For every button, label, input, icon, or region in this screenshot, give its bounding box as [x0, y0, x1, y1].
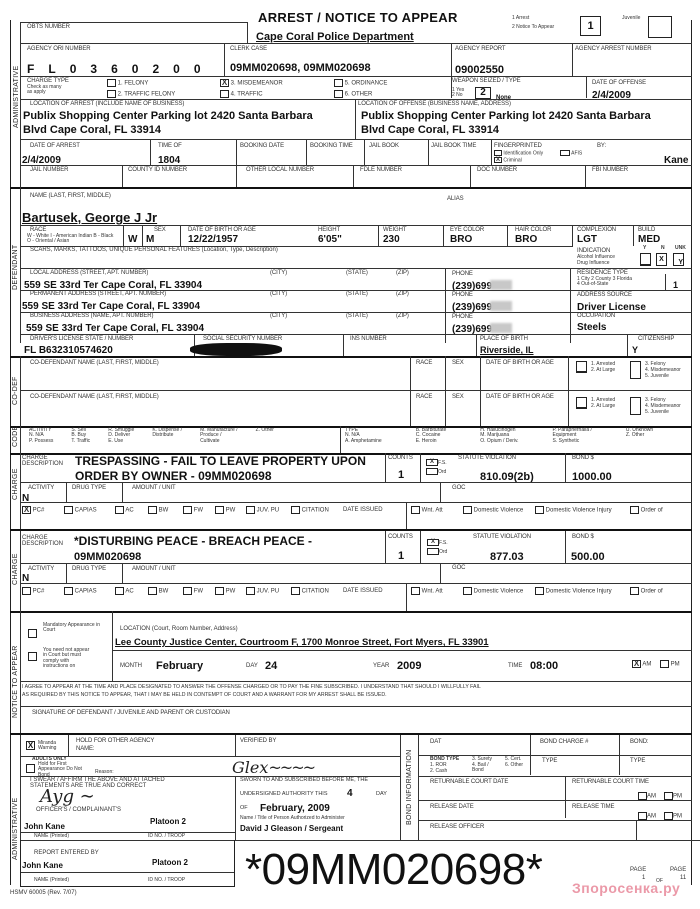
- bond-type-type-label: TYPE: [542, 758, 557, 764]
- bus-zip-label: (Zip): [396, 313, 409, 319]
- ret-court-date-label: RETURNABLE COURT DATE: [430, 779, 508, 785]
- agency-report-value[interactable]: 09002550: [455, 64, 504, 76]
- side-label-charge-1: CHARGE: [12, 468, 19, 500]
- charge1-box-order-of[interactable]: Order of: [630, 506, 663, 514]
- sworn-month[interactable]: February, 2009: [260, 803, 330, 814]
- side-label-administrative: ADMINISTRATIVE: [13, 66, 20, 128]
- pob-value[interactable]: Riverside, IL: [480, 346, 534, 356]
- hair-label: HAIR COLOR: [515, 227, 551, 233]
- charge2-desc-line1[interactable]: *DISTURBING PEACE - BREACH PEACE -: [74, 535, 312, 548]
- charge1-box-pw[interactable]: PW: [215, 506, 235, 514]
- location-offense-line1[interactable]: Publix Shopping Center Parking lot 2420 …: [361, 110, 651, 122]
- charge2-statute-label: STATUTE VIOLATION: [473, 534, 531, 540]
- location-court-value[interactable]: Lee County Justice Center, Courtroom F, …: [115, 638, 489, 648]
- day-value[interactable]: 24: [265, 660, 277, 672]
- scars-label: SCARS, MARKS, TATTOOS, UNIQUE PERSONAL F…: [30, 247, 278, 253]
- weapon-field[interactable]: 2: [475, 87, 491, 99]
- officer-name[interactable]: John Kane: [24, 823, 65, 832]
- charge-type-other[interactable]: 6. OTHER: [334, 90, 372, 98]
- side-label-bond-info: BOND INFORMATION: [406, 750, 413, 825]
- am-option[interactable]: X AM: [632, 660, 651, 668]
- charge2-box-wnt-att[interactable]: Wnt. Att: [411, 587, 443, 595]
- mandatory-appearance-label: Mandatory Appearance in Court: [43, 623, 105, 634]
- obts-label: OBTS NUMBER: [27, 24, 70, 30]
- defendant-name[interactable]: Bartusek, George J Jr: [22, 210, 157, 225]
- time-of-label: TIME OF: [158, 143, 182, 149]
- name-label: NAME (Last, First, Middle): [30, 193, 111, 199]
- charge2-box-capias[interactable]: CAPIAS: [64, 587, 97, 595]
- date-arrest-label: DATE OF ARREST: [30, 143, 80, 149]
- occupation-label: OCCUPATION: [577, 313, 615, 319]
- phone1-label: PHONE: [452, 271, 473, 277]
- fbi-label: FBI NUMBER: [592, 167, 628, 173]
- charge-type-traffic[interactable]: 4. TRAFFIC: [220, 90, 263, 98]
- sworn-day[interactable]: 4: [347, 788, 353, 799]
- address-source-label: ADDRESS SOURCE: [577, 292, 632, 298]
- charge1-activity-label: ACTIVITY: [28, 485, 54, 491]
- clerk-case-label: CLERK CASE: [230, 46, 267, 52]
- officer-troop[interactable]: Platoon 2: [150, 818, 186, 827]
- charge2-counts-value[interactable]: 1: [398, 550, 404, 562]
- pm-option[interactable]: PM: [660, 660, 680, 668]
- residence-legend: 1 City 2 County 3 Florida 4 Out-of-State: [577, 277, 633, 288]
- codef1-at-large: 2. At Large: [591, 368, 615, 373]
- permanent-address-label: PERMANENT ADDRESS (Street, Apt. Number): [30, 291, 166, 297]
- ret-court-am[interactable]: AM: [638, 792, 656, 800]
- year-label: YEAR: [373, 663, 389, 669]
- charge2-statute-value[interactable]: 877.03: [490, 551, 524, 563]
- charge2-fs-option[interactable]: XF.S.: [427, 539, 448, 546]
- side-label-charge-2: CHARGE: [12, 553, 19, 585]
- business-address-value[interactable]: 559 SE 33rd Ter Cape Coral, FL 33904: [26, 323, 204, 334]
- ret-court-time-label: RETURNABLE COURT TIME: [572, 779, 649, 785]
- bond-type-opt-4: 4. Bail / Bond: [472, 763, 494, 774]
- side-label-notice: NOTICE TO APPEAR: [12, 645, 19, 718]
- page-label-1: PAGE: [630, 867, 646, 873]
- charge2-box-dv[interactable]: Domestic Violence: [463, 587, 523, 595]
- permanent-address-value[interactable]: 559 SE 33rd Ter Cape Coral, FL 33904: [22, 301, 200, 312]
- charge1-box-capias[interactable]: CAPIAS: [64, 506, 97, 514]
- day-label: DAY: [246, 663, 258, 669]
- doc-label: DOC NUMBER: [477, 167, 517, 173]
- charge1-box-fw[interactable]: FW: [183, 506, 203, 514]
- weight-value[interactable]: 230: [383, 234, 400, 245]
- codef2-status-b-box[interactable]: [630, 397, 641, 415]
- perm-state-label: (State): [346, 291, 368, 297]
- bond-label: BOND:: [630, 739, 649, 745]
- officer-name-printed-label: NAME (Printed): [34, 834, 69, 839]
- mandatory-appearance-checkbox[interactable]: [28, 629, 37, 638]
- release-time-label: RELEASE TIME: [572, 804, 614, 810]
- bond-type-opt-6: 6. Other: [505, 763, 523, 768]
- fp-identification-option[interactable]: Identification Only: [494, 150, 543, 157]
- charge2-amount-label: AMOUNT / UNIT: [132, 566, 176, 572]
- perm-zip-label: (Zip): [396, 291, 409, 297]
- agency-ori-value[interactable]: FL0360200: [27, 62, 201, 76]
- need-not-appear-label: You need not appear in Court but must co…: [43, 648, 93, 669]
- verified-signature: Glex~~~~: [232, 758, 314, 777]
- release-am[interactable]: AM: [638, 812, 656, 820]
- location-arrest-label: LOCATION OF ARREST (include Name of Busi…: [30, 101, 184, 107]
- ins-label: INS NUMBER: [350, 336, 387, 342]
- dob-value[interactable]: 12/22/1957: [188, 234, 238, 245]
- citizenship-label: CITIZENSHIP: [638, 336, 674, 342]
- juvenile-field[interactable]: [648, 16, 672, 38]
- weapon-options: 1 Yes 2 No: [452, 88, 466, 99]
- verified-by-label: VERIFIED BY: [240, 738, 276, 744]
- codef1-status-b-box[interactable]: [630, 361, 641, 379]
- form-title: ARREST / NOTICE TO APPEAR: [258, 10, 458, 25]
- signature-label: SIGNATURE OF DEFENDANT / JUVENILE AND PA…: [32, 710, 230, 716]
- year-value[interactable]: 2009: [397, 660, 421, 672]
- charge-type-sub: Check as many as apply: [27, 85, 67, 96]
- side-label-defendant: DEFENDANT: [12, 245, 19, 290]
- charge-type-misdemeanor[interactable]: X 3. MISDEMEANOR: [220, 79, 283, 87]
- charge1-box-ac[interactable]: AC: [115, 506, 134, 514]
- charge2-date-issued-label: DATE ISSUED: [343, 588, 383, 594]
- eye-value[interactable]: BRO: [450, 234, 472, 245]
- charge1-counts-label: COUNTS: [388, 455, 413, 461]
- miranda-checkbox[interactable]: X: [26, 741, 35, 750]
- hold-agency-label: HOLD FOR OTHER AGENCY: [76, 738, 154, 744]
- charge1-box-dv[interactable]: Domestic Violence: [463, 506, 523, 514]
- charge2-bond-label: BOND $: [572, 534, 594, 540]
- codef2-dob-label: DATE OF BIRTH OR AGE: [486, 394, 554, 400]
- location-offense-label: LOCATION OF OFFENSE (Business Name, Addr…: [358, 101, 511, 107]
- charge1-box-pc[interactable]: X PC#: [22, 506, 44, 514]
- location-arrest-line1[interactable]: Publix Shopping Center Parking lot 2420 …: [23, 110, 313, 122]
- clerk-case-value[interactable]: 09MM020698, 09MM020698: [230, 62, 371, 74]
- local-address-label: LOCAL ADDRESS (Street, Apt. Number): [30, 270, 148, 276]
- booking-time-label: BOOKING TIME: [310, 143, 353, 149]
- charge2-desc-line2[interactable]: 09MM020698: [74, 551, 141, 563]
- sex-label: SEX: [154, 227, 166, 233]
- month-value[interactable]: February: [156, 660, 203, 672]
- weight-label: WEIGHT: [383, 227, 406, 233]
- bus-city-label: (City): [270, 313, 287, 319]
- charge2-bond-value[interactable]: 500.00: [571, 551, 605, 563]
- charge2-box-ac[interactable]: AC: [115, 587, 134, 595]
- arrest-type-option-1: 1 Arrest: [512, 16, 529, 21]
- defendant-signature-field[interactable]: [30, 718, 680, 732]
- charge1-ord-option[interactable]: Ord: [426, 468, 446, 475]
- height-value[interactable]: 6'05": [318, 234, 342, 245]
- eye-label: EYE COLOR: [450, 227, 484, 233]
- reason-label: Reason:: [95, 770, 114, 775]
- charge1-box-dv-injury[interactable]: Domestic Violence Injury: [535, 506, 612, 514]
- hold-name-label: NAME:: [76, 746, 95, 752]
- date-offense-label: DATE OF OFFENSE: [592, 80, 646, 86]
- officer-signature: Ayg ∼: [40, 786, 95, 807]
- need-not-appear-checkbox[interactable]: [28, 652, 37, 661]
- side-label-code: CODE: [12, 426, 19, 447]
- charge1-desc-label: CHARGE DESCRIPTION: [22, 455, 56, 468]
- charge2-desc-label: CHARGE DESCRIPTION: [22, 535, 56, 548]
- codef2-at-large: 2. At Large: [591, 404, 615, 409]
- indication-unk-box[interactable]: Y: [673, 253, 684, 266]
- phone2-label: PHONE: [452, 292, 473, 298]
- bond-date-label: DAT: [430, 739, 441, 745]
- perm-city-label: (City): [270, 291, 287, 297]
- codef2-juvenile: 5. Juvenile: [645, 410, 669, 415]
- charge2-box-order-of[interactable]: Order of: [630, 587, 663, 595]
- build-value[interactable]: MED: [638, 234, 660, 245]
- local-state-label: (State): [346, 270, 368, 276]
- charge2-goc-label: GOC: [452, 565, 465, 571]
- officer-complainant-label: OFFICER'S / COMPLAINANT'S: [36, 807, 121, 813]
- charge2-box-citation[interactable]: CITATION: [291, 587, 329, 595]
- charge1-box-wnt-att[interactable]: Wnt. Att: [411, 506, 443, 514]
- form-number: HSMV 60005 (Rev. 7/07): [10, 890, 77, 896]
- county-id-label: COUNTY ID NUMBER: [128, 167, 187, 173]
- jail-number-label: JAIL NUMBER: [30, 167, 68, 173]
- charge-type-ordinance[interactable]: 5. ORDINANCE: [334, 79, 387, 87]
- phone3-label: PHONE: [452, 314, 473, 320]
- bond-type2-label: TYPE: [630, 758, 645, 764]
- code-activity-legend: ACTIVITYN. N/AP. Possess S. SellB. BuyT.…: [29, 428, 274, 444]
- charge-type-traffic-felony[interactable]: 2. TRAFFIC FELONY: [107, 90, 175, 98]
- admin-name[interactable]: David J Gleason / Sergeant: [240, 825, 343, 834]
- agency-arrest-label: AGENCY ARREST NUMBER: [575, 46, 651, 52]
- charge2-box-pw[interactable]: PW: [215, 587, 235, 595]
- indication-y: Y: [643, 246, 646, 251]
- agency-ori-label: AGENCY ORI NUMBER: [27, 46, 91, 52]
- charge1-statute-label: STATUTE VIOLATION: [458, 455, 516, 461]
- sworn-of-label: OF: [240, 806, 248, 812]
- occupation-value[interactable]: Steels: [577, 322, 606, 333]
- ret-court-pm[interactable]: PM: [664, 792, 682, 800]
- weapon-label: WEAPON SEIZED / TYPE: [452, 78, 521, 84]
- bus-state-label: (State): [346, 313, 368, 319]
- month-label: MONTH: [120, 663, 142, 669]
- release-pm[interactable]: PM: [664, 812, 682, 820]
- fp-by-label: BY:: [597, 143, 606, 149]
- indication-y-box[interactable]: [640, 253, 651, 266]
- codef2-name-label: CO-DEFENDANT NAME (Last, First, Middle): [30, 394, 159, 400]
- codef1-dob-label: DATE OF BIRTH OR AGE: [486, 360, 554, 366]
- page-label-2: PAGE: [670, 867, 686, 873]
- charge1-fs-option[interactable]: XF.S.: [426, 459, 447, 466]
- codef2-status-a-box[interactable]: [576, 397, 587, 409]
- charge2-box-dv-injury[interactable]: Domestic Violence Injury: [535, 587, 612, 595]
- charge1-desc-line1[interactable]: TRESPASSING - FAIL TO LEAVE PROPERTY UPO…: [75, 455, 366, 468]
- sex-value[interactable]: M: [146, 234, 154, 245]
- bond-type-opt-2: 2. Cash: [430, 769, 447, 774]
- local-zip-label: (Zip): [396, 270, 409, 276]
- charge2-activity-label: ACTIVITY: [28, 566, 54, 572]
- charge2-drug-type-label: DRUG TYPE: [72, 566, 106, 572]
- agency-report-label: AGENCY REPORT: [455, 46, 506, 52]
- dl-value[interactable]: FL B632310574620: [24, 345, 113, 356]
- dl-label: DRIVER'S LICENSE STATE / NUMBER: [30, 336, 133, 342]
- indication-n: N: [661, 246, 665, 251]
- sworn-day-label: DAY: [376, 792, 387, 798]
- charge-type-felony[interactable]: 1. FELONY: [107, 79, 148, 87]
- charge1-drug-type-label: DRUG TYPE: [72, 485, 106, 491]
- charge1-amount-label: AMOUNT / UNIT: [132, 485, 176, 491]
- bond-charge-label: BOND CHARGE #: [540, 739, 588, 745]
- page-total: 11: [680, 875, 686, 881]
- agency-name: Cape Coral Police Department: [256, 31, 414, 43]
- ssn-label: SOCIAL SECURITY NUMBER: [203, 336, 282, 342]
- height-label: HEIGHT: [318, 227, 340, 233]
- charge1-goc-label: GOC: [452, 485, 465, 491]
- fp-criminal-option[interactable]: X Criminal: [494, 157, 522, 164]
- alias-label: ALIAS: [447, 196, 464, 202]
- release-date-label: RELEASE DATE: [430, 804, 474, 810]
- barcode-text: *09MM020698*: [245, 848, 542, 892]
- codef2-sex-label: SEX: [452, 394, 464, 400]
- jail-book-label: JAIL BOOK: [369, 143, 399, 149]
- indication-unk: UNK: [675, 246, 686, 251]
- business-address-label: BUSINESS ADDRESS (Name, Apt. Number): [30, 313, 153, 319]
- side-label-footer-admin: ADMINISTRATIVE: [12, 798, 19, 860]
- release-officer-label: RELEASE OFFICER: [430, 824, 484, 830]
- jail-book-time-label: JAIL BOOK TIME: [431, 143, 476, 149]
- fdle-label: FDLE NUMBER: [360, 167, 402, 173]
- agree-text-line1: I AGREE TO APPEAR AT THE TIME AND PLACE …: [22, 685, 481, 690]
- charge2-ord-option[interactable]: Ord: [427, 548, 447, 555]
- miranda-label: Miranda Warning: [38, 741, 66, 752]
- officer-id-troop-label: ID NO. / TROOP: [148, 834, 185, 839]
- hair-value[interactable]: BRO: [515, 234, 537, 245]
- location-court-label: LOCATION (Court, Room Number, Address): [120, 626, 238, 632]
- charge2-box-juv-pu[interactable]: JUV. PU: [246, 587, 279, 595]
- local-city-label: (City): [270, 270, 287, 276]
- time-label: TIME: [508, 663, 522, 669]
- side-label-codef: CO-DEF: [12, 376, 19, 405]
- watermark: Зпорoсенка.ру: [572, 880, 680, 896]
- hold-first-checkbox[interactable]: [26, 764, 35, 773]
- race-legend: W - White I - American Indian B - Black …: [27, 234, 117, 245]
- time-value[interactable]: 08:00: [530, 660, 558, 672]
- sworn-label: SWORN TO AND SUBSCRIBED BEFORE ME, THE: [240, 778, 368, 784]
- indication-n-box[interactable]: X: [656, 253, 667, 266]
- arrest-type-field[interactable]: 1: [580, 16, 601, 36]
- charge1-box-bw[interactable]: BW: [148, 506, 168, 514]
- charge1-box-juv-pu[interactable]: JUV. PU: [246, 506, 279, 514]
- drug-label: Drug Influence: [577, 261, 610, 266]
- fp-afis-option[interactable]: AFIS: [560, 150, 582, 157]
- charge2-box-fw[interactable]: FW: [183, 587, 203, 595]
- citizenship-value[interactable]: Y: [632, 346, 638, 356]
- race-value[interactable]: W: [128, 234, 137, 245]
- complexion-value[interactable]: LGT: [577, 234, 597, 245]
- charge1-bond-label: BOND $: [572, 455, 594, 461]
- juvenile-label: Juvenile: [622, 16, 640, 21]
- codef1-name-label: CO-DEFENDANT NAME (Last, First, Middle): [30, 360, 159, 366]
- location-arrest-line2[interactable]: Blvd Cape Coral, FL 33914: [23, 124, 161, 136]
- pob-label: PLACE OF BIRTH: [480, 336, 528, 342]
- complexion-label: COMPLEXION: [577, 227, 616, 233]
- undersigned-label: UNDERSIGNED AUTHORITY THIS: [240, 792, 328, 798]
- code-type-legend: TYPEN. N/AA. Amphetamine B. BarbiturateC…: [345, 428, 653, 444]
- codef1-status-a-box[interactable]: [576, 361, 587, 373]
- agree-text-line2: AS REQUIRED BY THIS NOTICE TO APPEAR, TH…: [22, 693, 387, 698]
- codef1-sex-label: SEX: [452, 360, 464, 366]
- location-offense-line2[interactable]: Blvd Cape Coral, FL 33914: [361, 124, 499, 136]
- dob-label: DATE OF BIRTH OR AGE: [188, 227, 256, 233]
- charge1-date-issued-label: DATE ISSUED: [343, 507, 383, 513]
- charge1-box-citation[interactable]: CITATION: [291, 506, 329, 514]
- codef1-race-label: RACE: [416, 360, 432, 366]
- charge2-counts-label: COUNTS: [388, 534, 413, 540]
- codef1-juvenile: 5. Juvenile: [645, 374, 669, 379]
- charge2-box-pc[interactable]: PC#: [22, 587, 44, 595]
- ssn-redaction: [190, 343, 282, 356]
- admin-title-label: Name / Title of Person Authorized to Adm…: [240, 816, 345, 821]
- arrest-type-option-2: 2 Notice To Appear: [512, 25, 554, 30]
- fingerprinted-label: FINGERPRINTED: [494, 143, 542, 149]
- booking-date-label: BOOKING DATE: [240, 143, 284, 149]
- charge1-counts-value[interactable]: 1: [398, 469, 404, 481]
- charge2-box-bw[interactable]: BW: [148, 587, 168, 595]
- other-local-label: OTHER LOCAL NUMBER: [246, 167, 314, 173]
- codef2-race-label: RACE: [416, 394, 432, 400]
- build-label: BUILD: [638, 227, 655, 233]
